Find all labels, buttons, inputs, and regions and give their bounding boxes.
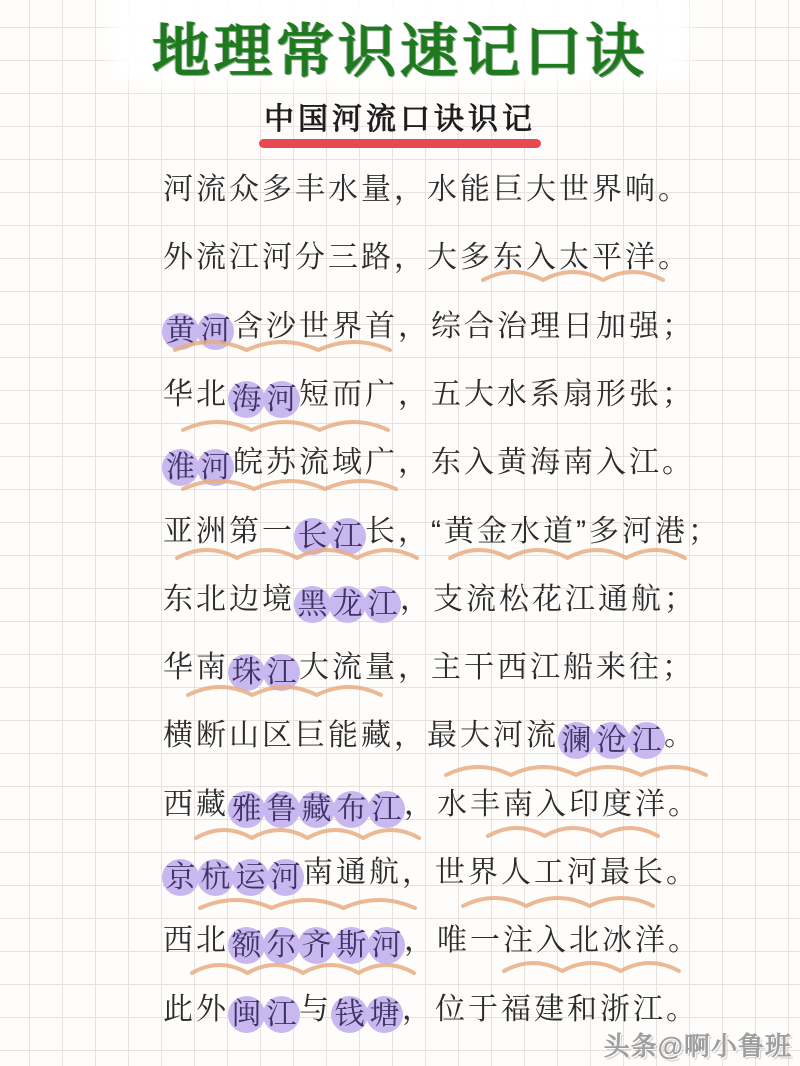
poem-line: 河流众多丰水量，水能巨大世界响。 [163,170,691,210]
river-name-highlight-char: 澜 [558,722,595,759]
poem-text: 华南 [163,651,229,684]
poem-line: 华北海河短而广，五大水系扇形张； [163,375,695,418]
river-name-highlight-char: 河 [197,449,234,486]
poem-text: 大流量，主干西江船来往； [299,651,695,684]
river-name-highlight-char: 河 [263,381,300,418]
river-name-highlight-char: 布 [333,791,370,828]
river-name-highlight-char: 长 [294,518,331,555]
poem-line: 华南珠江大流量，主干西江船来往； [163,648,695,691]
poem-line: 亚洲第一长江长，“黄金水道”多河港； [163,512,721,555]
poem-line: 黄河含沙世界首，综合治理日加强； [163,307,695,350]
river-name-highlight-char: 淮 [162,449,199,486]
poem-text: 短而广，五大水系扇形张； [299,378,695,411]
river-name-highlight-char: 杭 [197,859,234,896]
poem-line: 东北边境黑龙江，支流松花江通航； [163,580,697,623]
watermark: 头条@啊小鲁班 [604,1026,792,1063]
river-name-highlight-char: 江 [263,654,300,691]
river-name-highlight-char: 尔 [263,927,300,964]
poem-text: 南通航，世界人工河最长。 [303,856,699,889]
poem-text: 西藏 [163,788,229,821]
river-name-highlight-char: 鲁 [263,791,300,828]
river-name-highlight-char: 江 [263,996,300,1033]
poem-text: 与 [299,993,332,1026]
river-name-highlight-char: 斯 [333,927,370,964]
river-name-highlight-char: 雅 [228,791,265,828]
poem-text: 含沙世界首，综合治理日加强； [233,310,695,343]
river-name-highlight-char: 河 [197,313,234,350]
poem-text: 长，“黄金水道”多河港； [365,515,721,548]
poem-text: 华北 [163,378,229,411]
river-name-highlight-char: 江 [329,518,366,555]
poem-line: 西北额尔齐斯河，唯一注入北冰洋。 [163,921,701,964]
poem-line: 西藏雅鲁藏布江，水丰南入印度洋。 [163,785,701,828]
river-name-highlight-char: 海 [228,381,265,418]
river-name-highlight-char: 藏 [298,791,335,828]
river-name-highlight-char: 齐 [298,927,335,964]
river-name-highlight-char: 闽 [228,996,265,1033]
river-name-highlight-char: 河 [368,927,405,964]
river-name-highlight-char: 京 [162,859,199,896]
poem-text: 外流江河分三路，大多东入太平洋。 [163,241,691,274]
poem-text: ，水丰南入印度洋。 [404,788,701,821]
river-name-highlight-char: 龙 [329,586,366,623]
poem-text: 河流众多丰水量，水能巨大世界响。 [163,173,691,206]
river-name-highlight-char: 额 [228,927,265,964]
river-name-highlight-char: 塘 [366,996,403,1033]
river-name-highlight-char: 黄 [162,313,199,350]
poem-text: 皖苏流域广，东入黄海南入江。 [233,446,695,479]
poem-text: 东北边境 [163,583,295,616]
river-name-highlight-char: 黑 [294,586,331,623]
poem-line: 淮河皖苏流域广，东入黄海南入江。 [163,443,695,486]
river-name-highlight-char: 江 [628,722,665,759]
river-name-highlight-char: 河 [267,859,304,896]
poem-lines: 河流众多丰水量，水能巨大世界响。外流江河分三路，大多东入太平洋。黄河含沙世界首，… [0,0,800,1066]
poem-text: 此外 [163,993,229,1026]
poem-text: ，唯一注入北冰洋。 [404,924,701,957]
river-name-highlight-char: 钱 [331,996,368,1033]
poem-line: 外流江河分三路，大多东入太平洋。 [163,238,691,278]
poem-line: 横断山区巨能藏，最大河流澜沧江。 [163,716,697,759]
poem-text: 西北 [163,924,229,957]
poem-text: ，位于福建和浙江。 [402,993,699,1026]
river-name-highlight-char: 沧 [593,722,630,759]
poem-text: ，支流松花江通航； [400,583,697,616]
poem-line: 京杭运河南通航，世界人工河最长。 [163,853,699,896]
poem-text: 横断山区巨能藏，最大河流 [163,719,559,752]
river-name-highlight-char: 珠 [228,654,265,691]
river-name-highlight-char: 江 [368,791,405,828]
river-name-highlight-char: 运 [232,859,269,896]
poem-text: 亚洲第一 [163,515,295,548]
river-name-highlight-char: 江 [364,586,401,623]
poem-text: 。 [664,719,697,752]
